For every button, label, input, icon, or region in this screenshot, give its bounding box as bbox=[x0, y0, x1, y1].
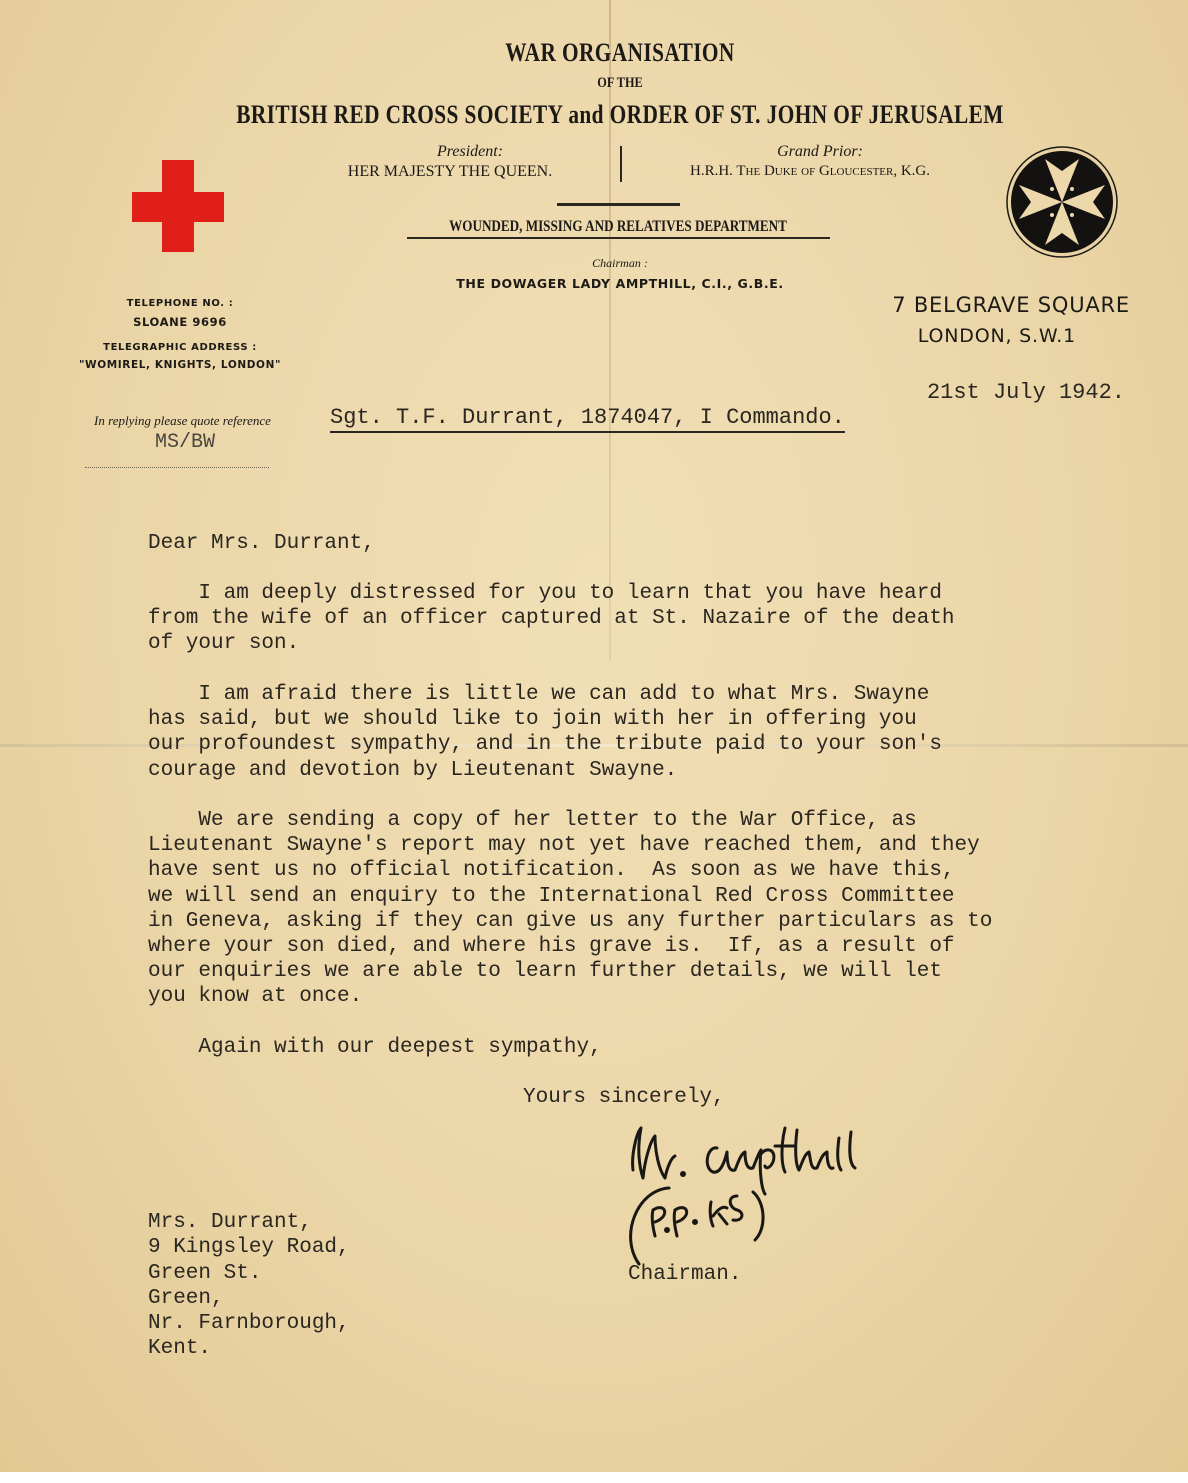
grand-prior-label: Grand Prior: bbox=[720, 143, 920, 161]
signatory-title: Chairman. bbox=[628, 1262, 741, 1287]
recipient-address: Mrs. Durrant, 9 Kingsley Road, Green St.… bbox=[148, 1210, 350, 1362]
chairman-label: Chairman : bbox=[520, 256, 720, 271]
header-divider bbox=[620, 146, 622, 182]
president-label: President: bbox=[380, 143, 560, 161]
telephone-label: TELEPHONE NO. : bbox=[80, 298, 280, 309]
department-name: WOUNDED, MISSING AND RELATIVES DEPARTMEN… bbox=[388, 218, 847, 236]
telegraphic-address: "WOMIREL, KNIGHTS, LONDON" bbox=[55, 359, 305, 371]
reference-label: In replying please quote reference bbox=[70, 413, 295, 429]
vertical-fold-crease bbox=[609, 0, 611, 660]
organisation-of-the: OF THE bbox=[112, 75, 1129, 92]
telephone-number: SLOANE 9696 bbox=[80, 315, 280, 329]
telegraphic-address-label: TELEGRAPHIC ADDRESS : bbox=[80, 342, 280, 353]
organisation-full-name: BRITISH RED CROSS SOCIETY and ORDER OF S… bbox=[112, 100, 1129, 130]
letter-date: 21st July 1942. bbox=[880, 380, 1125, 405]
st-john-maltese-cross-icon bbox=[1005, 145, 1119, 259]
letter-paper: WAR ORGANISATION OF THE BRITISH RED CROS… bbox=[0, 0, 1188, 1472]
valediction: Yours sincerely, bbox=[523, 1085, 725, 1110]
grand-prior-name: H.R.H. The Duke of Gloucester, K.G. bbox=[630, 163, 990, 180]
reference-dotted-line bbox=[85, 467, 269, 468]
letter-subject: Sgt. T.F. Durrant, 1874047, I Commando. bbox=[330, 405, 845, 433]
organisation-title: WAR ORGANISATION bbox=[112, 38, 1129, 68]
body-paragraph-2: I am afraid there is little we can add t… bbox=[148, 682, 942, 783]
body-paragraph-3: We are sending a copy of her letter to t… bbox=[148, 808, 992, 1010]
chairman-name: THE DOWAGER LADY AMPTHILL, C.I., G.B.E. bbox=[400, 276, 840, 291]
salutation: Dear Mrs. Durrant, bbox=[148, 531, 375, 556]
department-underline bbox=[407, 237, 830, 239]
handwritten-signature-icon bbox=[615, 1118, 915, 1268]
sender-address-line1: 7 BELGRAVE SQUARE bbox=[840, 293, 1130, 317]
header-rule bbox=[557, 203, 680, 206]
reference-value: MS/BW bbox=[140, 431, 230, 454]
president-name: HER MAJESTY THE QUEEN. bbox=[300, 163, 600, 181]
closing-line: Again with our deepest sympathy, bbox=[148, 1035, 602, 1060]
sender-address-line2: LONDON, S.W.1 bbox=[840, 325, 1076, 347]
body-paragraph-1: I am deeply distressed for you to learn … bbox=[148, 581, 955, 657]
